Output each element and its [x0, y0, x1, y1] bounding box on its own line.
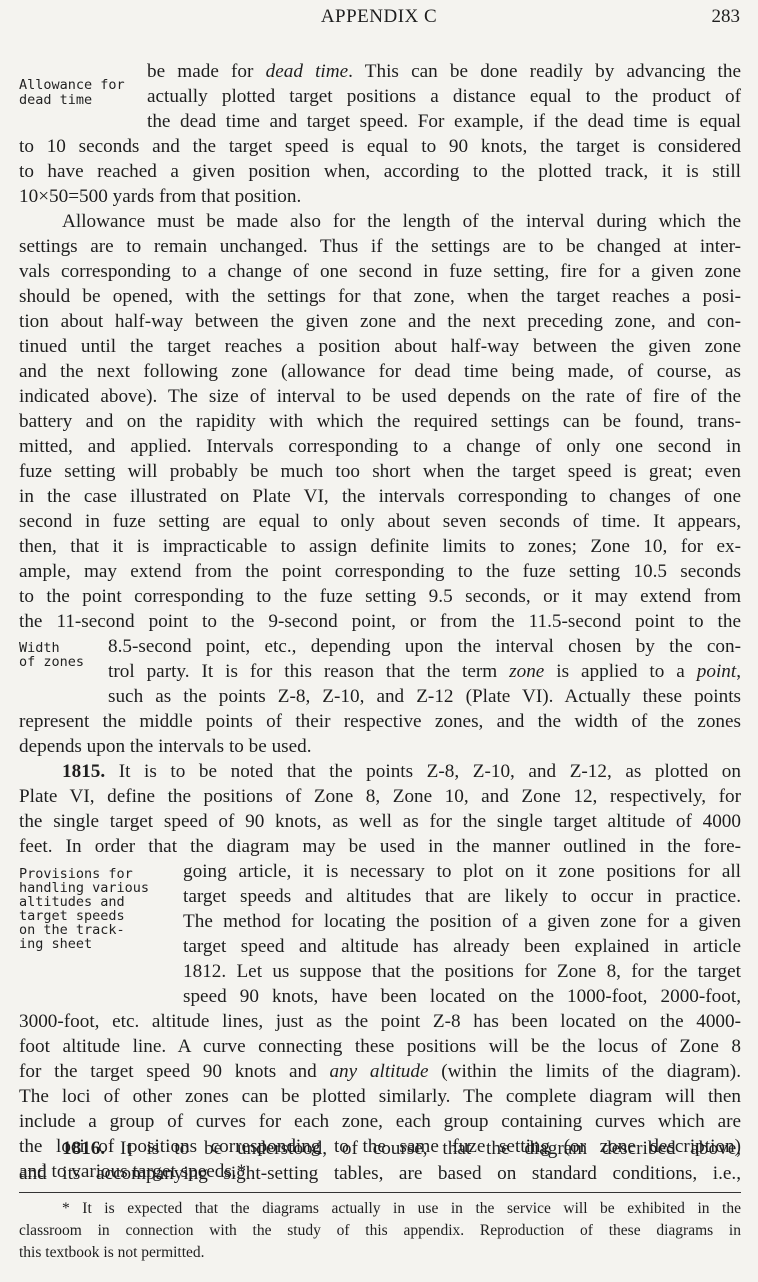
text-line: vals corresponding to a change of one se…: [19, 259, 741, 284]
text-line: such as the points Z-8, Z-10, and Z-12 (…: [108, 684, 741, 709]
margin-note-line: on the track-: [19, 923, 125, 937]
text-line: 8.5-second point, etc., depending upon t…: [108, 634, 741, 659]
text-line: in the case illustrated on Plate VI, the…: [19, 484, 741, 509]
text-line: should be opened, with the settings for …: [19, 284, 741, 309]
text-line: actually plotted target positions a dist…: [147, 84, 741, 109]
text-line: second in fuze setting are equal to only…: [19, 509, 741, 534]
text-line: include a group of curves for each zone,…: [19, 1109, 741, 1134]
article-number: 1815.: [62, 761, 105, 782]
text-line: the 11-second point to the 9-second poin…: [19, 609, 741, 634]
text-line: 1815. It is to be noted that the points …: [62, 759, 741, 784]
text-line: the dead time and target speed. For exam…: [147, 109, 741, 134]
text-line: the single target speed of 90 knots, as …: [19, 809, 741, 834]
text-line: speed 90 knots, have been located on the…: [183, 984, 741, 1009]
margin-note-line: altitudes and: [19, 895, 125, 909]
emphasis: dead time: [266, 61, 349, 82]
text-line: settings are to remain unchanged. Thus i…: [19, 234, 741, 259]
text-line: target speeds and altitudes that are lik…: [183, 884, 741, 909]
text-line: Plate VI, define the positions of Zone 8…: [19, 784, 741, 809]
text-line: to have reached a given position when, a…: [19, 159, 741, 184]
text-line: The method for locating the position of …: [183, 909, 741, 934]
text-line: to the point corresponding to the fuze s…: [19, 584, 741, 609]
text-line: ample, may extend from the point corresp…: [19, 559, 741, 584]
text-line: mitted, and applied. Intervals correspon…: [19, 434, 741, 459]
text-line: 1816. It is to be understood, of course,…: [62, 1136, 741, 1161]
text-line: 3000-foot, etc. altitude lines, just as …: [19, 1009, 741, 1034]
margin-note-line: Allowance for: [19, 78, 125, 92]
running-head: APPENDIX C: [0, 6, 758, 28]
margin-note-line: target speeds: [19, 909, 125, 923]
footnote-line: this textbook is not permitted.: [19, 1242, 741, 1264]
article-number: 1816.: [62, 1138, 105, 1159]
text-line: Allowance must be made also for the leng…: [62, 209, 741, 234]
margin-note-line: Provisions for: [19, 867, 133, 881]
page-number: 283: [712, 6, 741, 28]
margin-note-line: of zones: [19, 655, 84, 669]
emphasis: zone: [509, 661, 544, 682]
text-line: and the next following zone (allowance f…: [19, 359, 741, 384]
margin-note-line: dead time: [19, 93, 92, 107]
text-line: foot altitude line. A curve connecting t…: [19, 1034, 741, 1059]
page-header: APPENDIX C 283: [0, 6, 758, 36]
text-line: and its accompanying sight-setting table…: [19, 1161, 741, 1186]
text-line: then, that it is impracticable to assign…: [19, 534, 741, 559]
text-line: battery and on the rapidity with which t…: [19, 409, 741, 434]
text-line: target speed and altitude has already be…: [183, 934, 741, 959]
footnote-line: * It is expected that the diagrams actua…: [62, 1198, 741, 1220]
margin-note-line: ing sheet: [19, 937, 92, 951]
margin-note-line: handling various: [19, 881, 149, 895]
text-line: represent the middle points of their res…: [19, 709, 741, 734]
text-line: trol party. It is for this reason that t…: [108, 659, 741, 684]
footnote-divider: [19, 1192, 741, 1193]
text-line: for the target speed 90 knots and any al…: [19, 1059, 741, 1084]
text-line: 1812. Let us suppose that the positions …: [183, 959, 741, 984]
text-line: 10×50=500 yards from that position.: [19, 184, 741, 209]
text-line: be made for dead time. This can be done …: [147, 59, 741, 84]
margin-note-line: Width: [19, 641, 60, 655]
text-line: tinued until the target reaches a positi…: [19, 334, 741, 359]
text-line: tion about half-way between the given zo…: [19, 309, 741, 334]
text-line: going article, it is necessary to plot o…: [183, 859, 741, 884]
text-line: depends upon the intervals to be used.: [19, 734, 741, 759]
footnote-line: classroom in connection with the study o…: [19, 1220, 741, 1242]
text-line: The loci of other zones can be plotted s…: [19, 1084, 741, 1109]
emphasis: any altitude: [329, 1061, 428, 1082]
emphasis: point: [697, 661, 736, 682]
text-line: indicated above). The size of interval t…: [19, 384, 741, 409]
text-line: to 10 seconds and the target speed is eq…: [19, 134, 741, 159]
text-line: fuze setting will probably be much too s…: [19, 459, 741, 484]
text-line: feet. In order that the diagram may be u…: [19, 834, 741, 859]
